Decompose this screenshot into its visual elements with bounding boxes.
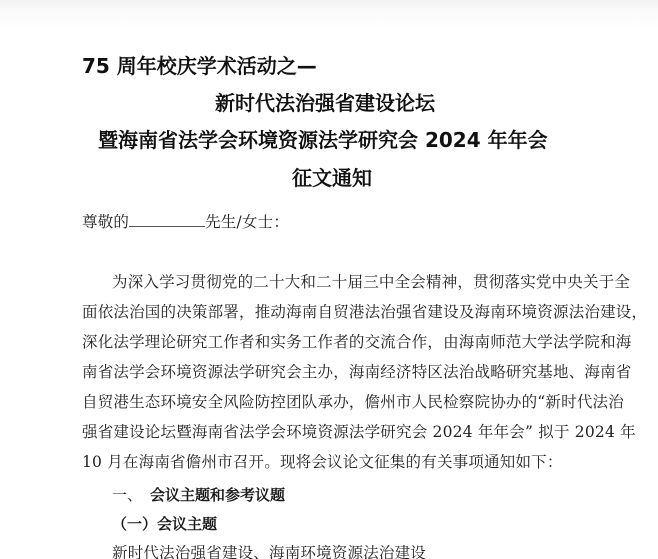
section-heading: 一、会议主题和参考议题 [112,484,285,505]
title-line-series: 75 周年校庆学术活动之— [82,50,317,79]
title-line-annual-meeting: 暨海南省法学会环境资源法学研究会 2024 年年会 [98,124,548,153]
section-title: 会议主题和参考议题 [150,486,285,504]
section-number: 一、 [112,486,142,504]
salutation-prefix: 尊敬的 [82,213,129,231]
subsection-heading: （一）会议主题 [112,513,217,534]
paragraph-line: 南省法学会环境资源法学研究会主办，海南经济特区法治战略研究基地、海南省 [82,360,632,382]
theme-text: 新时代法治强省建设、海南环境资源法治建设 [112,541,426,559]
paragraph-line: 深化法学理论研究工作者和实务工作者的交流合作，由海南师范大学法学院和海 [82,330,632,352]
document-page: 75 周年校庆学术活动之— 新时代法治强省建设论坛 暨海南省法学会环境资源法学研… [0,0,658,559]
title-line-forum: 新时代法治强省建设论坛 [215,87,435,116]
salutation-suffix: 先生/女士： [205,213,289,231]
paragraph-line: 为深入学习贯彻党的二十大和二十届三中全会精神，贯彻落实党中央关于全 [112,270,630,292]
title-line-notice: 征文通知 [292,162,372,191]
paragraph-line: 自贸港生态环境安全风险防控团队承办，儋州市人民检察院协办的“新时代法治 [82,390,624,412]
paragraph-line: 面依法治国的决策部署，推动海南自贸港法治强省建设及海南环境资源法治建设， [82,300,647,322]
salutation: 尊敬的先生/女士： [82,210,289,232]
name-blank-line [129,214,205,227]
paragraph-line: 10 月在海南省儋州市召开。现将会议论文征集的有关事项通知如下： [82,450,563,472]
paragraph-line: 强省建设论坛暨海南省法学会环境资源法学研究会 2024 年年会” 拟于 2024… [82,420,636,442]
